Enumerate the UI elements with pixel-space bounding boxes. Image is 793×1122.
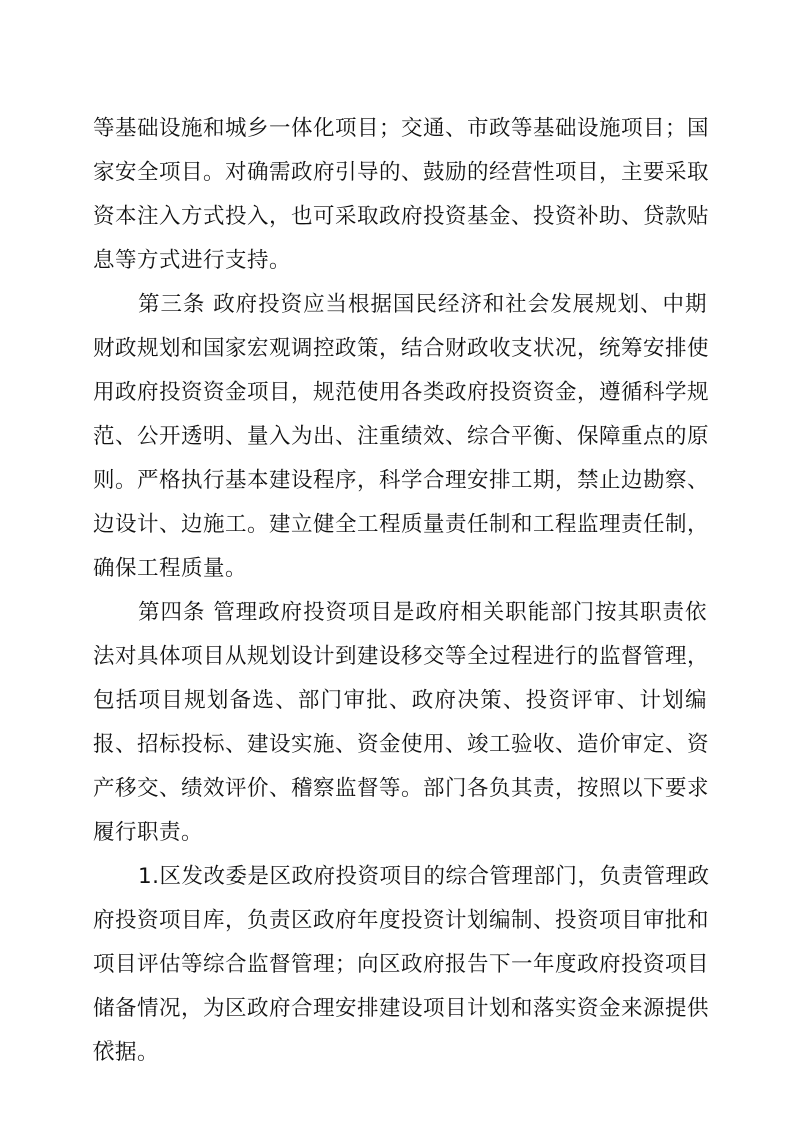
text-line: 资本注入方式投入，也可采取政府投资基金、投资补助、贷款贴: [93, 195, 707, 239]
text-line: 范、公开透明、量入为出、注重绩效、综合平衡、保障重点的原: [93, 415, 707, 459]
text-line: 报、招标投标、建设实施、资金使用、竣工验收、造价审定、资: [93, 723, 707, 767]
text-line: 第四条 管理政府投资项目是政府相关职能部门按其职责依: [93, 591, 707, 635]
text-line: 家安全项目。对确需政府引导的、鼓励的经营性项目，主要采取: [93, 151, 707, 195]
page-number: — 3 —: [93, 1038, 126, 1050]
text-line: 则。严格执行基本建设程序，科学合理安排工期，禁止边勘察、: [93, 459, 707, 503]
text-line: 用政府投资资金项目，规范使用各类政府投资资金，遵循科学规: [93, 371, 707, 415]
text-line: 府投资项目库，负责区政府年度投资计划编制、投资项目审批和: [93, 899, 707, 943]
text-line: 确保工程质量。: [93, 547, 707, 591]
text-line: 息等方式进行支持。: [93, 239, 707, 283]
text-line: 第三条 政府投资应当根据国民经济和社会发展规划、中期: [93, 283, 707, 327]
text-line: 项目评估等综合监督管理；向区政府报告下一年度政府投资项目: [93, 943, 707, 987]
text-line: 法对具体项目从规划设计到建设移交等全过程进行的监督管理，: [93, 635, 707, 679]
document-body: 等基础设施和城乡一体化项目；交通、市政等基础设施项目；国家安全项目。对确需政府引…: [93, 107, 707, 1075]
text-line: 包括项目规划备选、部门审批、政府决策、投资评审、计划编: [93, 679, 707, 723]
text-line: 产移交、绩效评价、稽察监督等。部门各负其责，按照以下要求: [93, 767, 707, 811]
text-line: 财政规划和国家宏观调控政策，结合财政收支状况，统筹安排使: [93, 327, 707, 371]
text-line: 1.区发改委是区政府投资项目的综合管理部门，负责管理政: [93, 855, 707, 899]
text-line: 等基础设施和城乡一体化项目；交通、市政等基础设施项目；国: [93, 107, 707, 151]
text-line: 履行职责。: [93, 811, 707, 855]
text-line: 依据。: [93, 1031, 707, 1075]
text-line: 储备情况，为区政府合理安排建设项目计划和落实资金来源提供: [93, 987, 707, 1031]
text-line: 边设计、边施工。建立健全工程质量责任制和工程监理责任制，: [93, 503, 707, 547]
